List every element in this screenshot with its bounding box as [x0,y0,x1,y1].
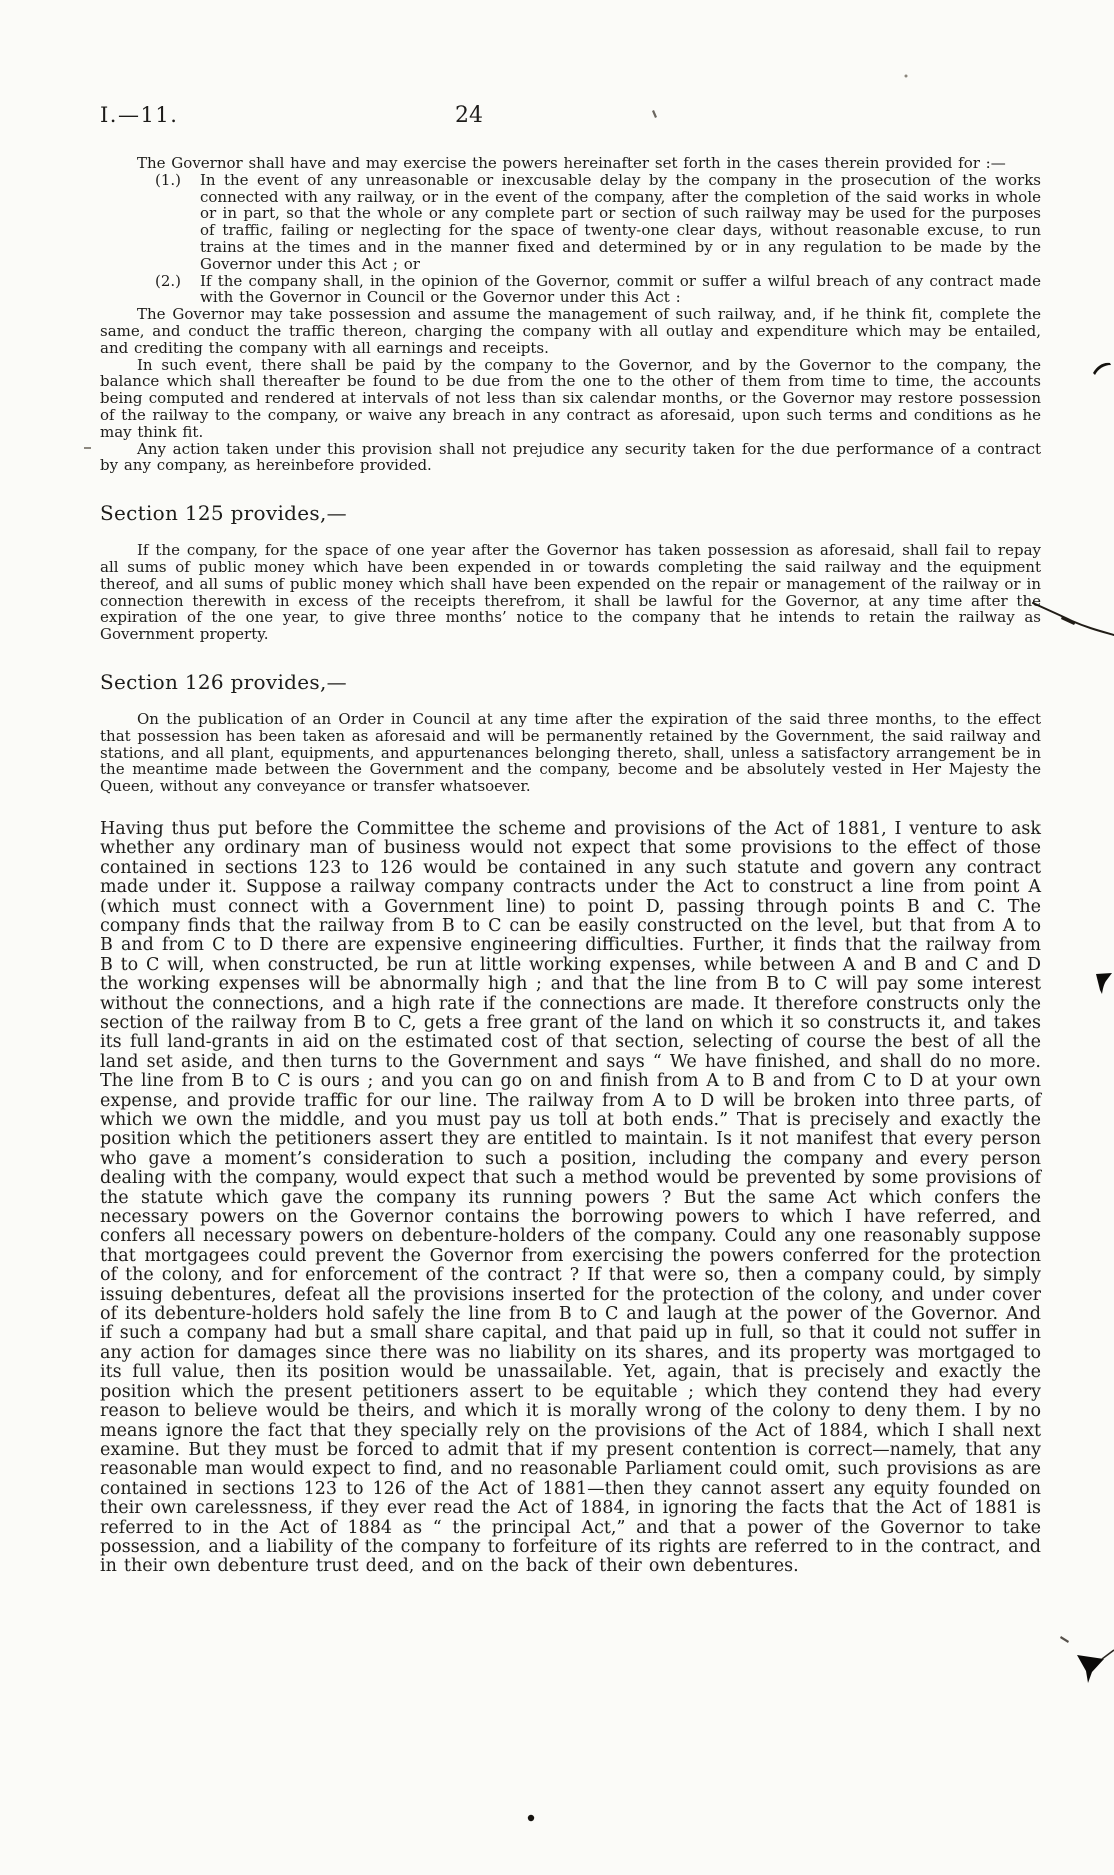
ink-dot-bottom [528,1815,534,1821]
section-125-body: If the company, for the space of one yea… [100,542,1041,643]
section-125-heading: Section 125 provides,— [100,501,1041,525]
ink-speck-upper [1060,1636,1069,1643]
provision-paragraph-possession: The Governor may take possession and ass… [100,306,1041,356]
clause-2-label: (2.) [155,273,200,307]
argument-text: Having thus put before the Committee the… [100,820,1041,1577]
section-126-text: On the publication of an Order in Counci… [100,711,1041,795]
argument-paragraph: Having thus put before the Committee the… [100,820,1041,1577]
section-125-text: If the company, for the space of one yea… [100,542,1041,643]
provisions-intro: The Governor shall have and may exercise… [100,155,1041,172]
clause-2-text: If the company shall, in the opinion of … [200,273,1041,307]
page-header: I.—11. 24 [100,103,1041,135]
ink-arrow-large-tail [1102,1650,1114,1659]
provision-paragraph-balance: In such event, there shall be paid by th… [100,357,1041,441]
document-reference: I.—11. [100,103,178,127]
page-number: 24 [455,103,483,128]
pen-tick-mark [1093,363,1111,375]
speck-top-right [905,75,908,78]
speck-left-edge [84,447,91,449]
clause-1-label: (1.) [155,172,200,273]
clause-1: (1.) In the event of any unreasonable or… [100,172,1041,273]
clause-1-text: In the event of any unreasonable or inex… [200,172,1041,273]
section-126-body: On the publication of an Order in Counci… [100,711,1041,795]
provision-paragraph-security: Any action taken under this provision sh… [100,441,1041,475]
ink-arrow-small [1096,973,1112,994]
document-page: I.—11. 24 The Governor shall have and ma… [0,0,1114,1875]
section-126-heading: Section 126 provides,— [100,670,1041,694]
text-column: I.—11. 24 The Governor shall have and ma… [100,103,1041,1577]
clause-2: (2.) If the company shall, in the opinio… [100,273,1041,307]
pen-stroke-blob [1061,616,1076,625]
ink-arrow-large [1077,1655,1104,1683]
pen-stroke-mark [1033,603,1114,635]
quoted-provisions: The Governor shall have and may exercise… [100,155,1041,474]
